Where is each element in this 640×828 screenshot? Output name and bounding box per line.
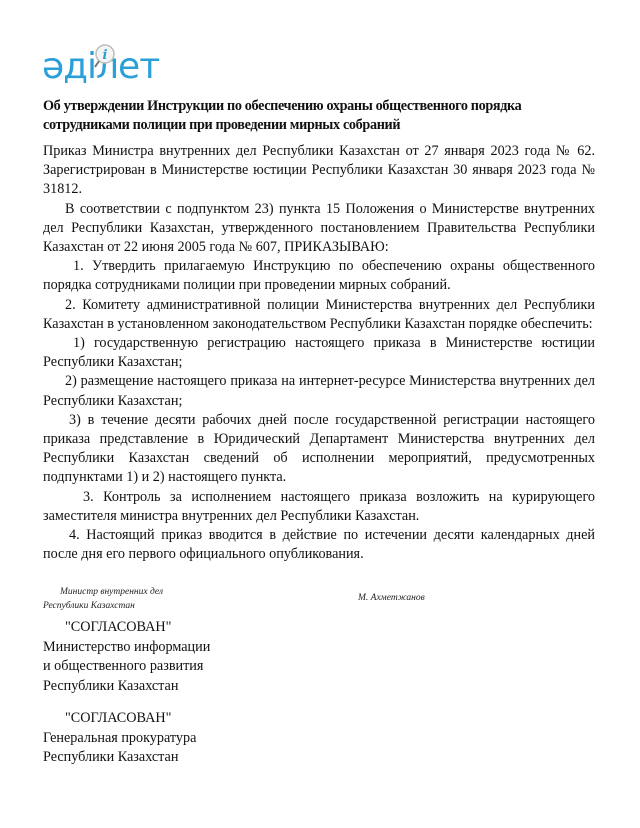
- preamble: В соответствии с подпунктом 23) пункта 1…: [43, 200, 595, 258]
- approval-line: Министерство информации: [43, 638, 210, 658]
- document-body: Приказ Министра внутренних дел Республик…: [43, 142, 595, 564]
- approval-block-ministry-information: "СОГЛАСОВАН" Министерство информации и о…: [43, 618, 210, 696]
- document-title: Об утверждении Инструкции по обеспечению…: [43, 97, 603, 135]
- approval-header: "СОГЛАСОВАН": [43, 709, 196, 729]
- clause-1: 1. Утвердить прилагаемую Инструкцию по о…: [43, 257, 595, 295]
- clause-2: 2. Комитету административной полиции Мин…: [43, 296, 595, 334]
- signatory-position: Министр внутренних дел Республики Казахс…: [43, 586, 163, 613]
- approval-line: Республики Казахстан: [43, 677, 210, 697]
- approval-block-prosecutor-general: "СОГЛАСОВАН" Генеральная прокуратура Рес…: [43, 709, 196, 768]
- subclause-2-3: 3) в течение десяти рабочих дней после г…: [43, 411, 595, 488]
- subclause-2-2: 2) размещение настоящего приказа на инте…: [43, 372, 595, 410]
- svg-text:i: i: [103, 48, 108, 63]
- clause-4: 4. Настоящий приказ вводится в действие …: [43, 526, 595, 564]
- signatory-name: М. Ахметжанов: [358, 593, 425, 603]
- order-info: Приказ Министра внутренних дел Республик…: [43, 142, 595, 200]
- subclause-2-1: 1) государственную регистрацию настоящег…: [43, 334, 595, 372]
- approval-header: "СОГЛАСОВАН": [43, 618, 210, 638]
- approval-line: Генеральная прокуратура: [43, 729, 196, 749]
- approval-line: Республики Казахстан: [43, 748, 196, 768]
- approval-line: и общественного развития: [43, 657, 210, 677]
- clause-3: 3. Контроль за исполнением настоящего пр…: [43, 488, 595, 526]
- adilet-logo[interactable]: әділет i: [42, 40, 182, 84]
